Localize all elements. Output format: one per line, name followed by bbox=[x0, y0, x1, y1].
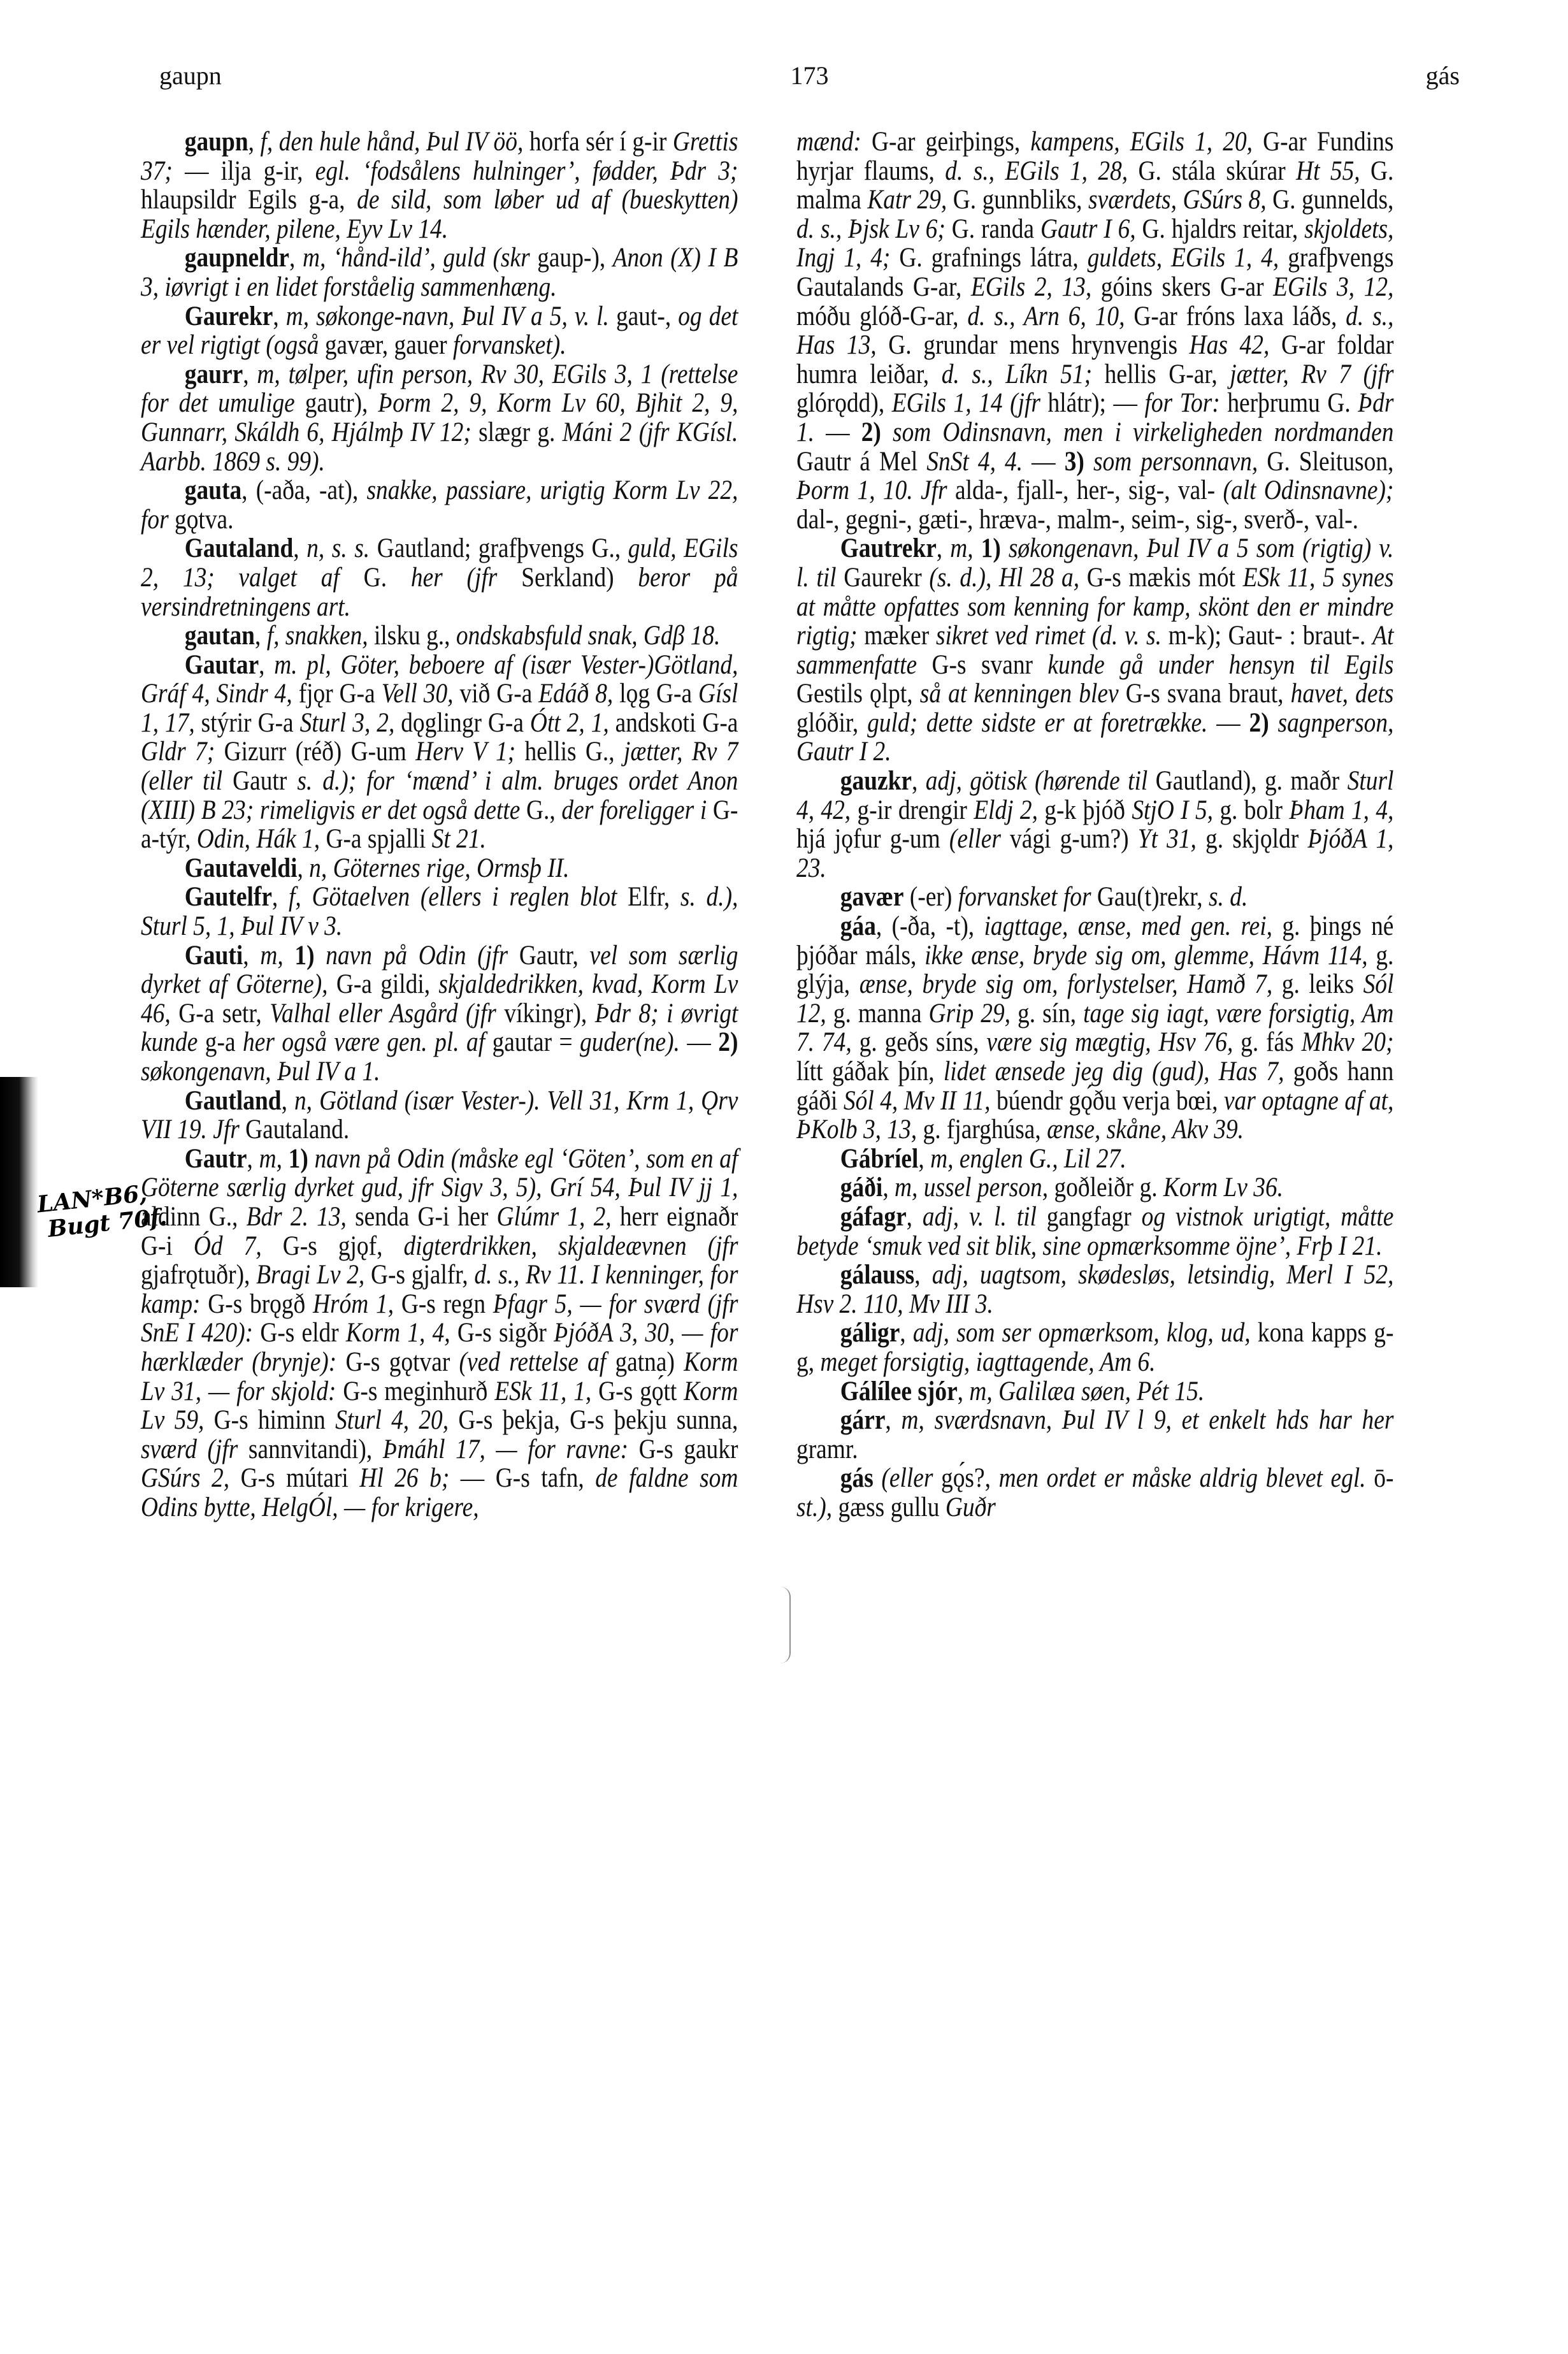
text-roman: G. hjaldrs reitar, bbox=[1136, 213, 1305, 244]
gloss-italic: forvansket). bbox=[453, 329, 566, 360]
text-roman: G. grundar mens hrynvengis bbox=[877, 329, 1190, 360]
text-roman: , bbox=[912, 765, 926, 796]
gloss-italic: her også være gen. pl. af bbox=[243, 1027, 485, 1057]
text-roman: gatna) bbox=[606, 1347, 684, 1377]
text-roman: sannvitandi), bbox=[238, 1434, 382, 1464]
text-roman: Gaurekr bbox=[837, 562, 930, 593]
dictionary-entry: Gautelfr, f, Götaelven (ellers i reglen … bbox=[141, 883, 738, 941]
gloss-italic: SnSt 4, 4. bbox=[926, 446, 1023, 477]
gloss-italic: m, søkonge-navn, Þul IV a 5, v. l. bbox=[286, 301, 609, 331]
text-roman: aldinn G., bbox=[141, 1201, 247, 1232]
text-roman: , bbox=[958, 1376, 970, 1406]
gloss-italic: n, Göternes rige, Ormsþ II. bbox=[309, 853, 569, 883]
gloss-italic: Hróm 1, bbox=[313, 1289, 394, 1319]
text-roman: alda-, fjall-, her-, sig-, val- bbox=[947, 475, 1223, 505]
gloss-italic: (ved rettelse af bbox=[459, 1347, 607, 1377]
gloss-italic: søkongenavn, Þul IV a 1. bbox=[141, 1056, 380, 1087]
text-roman: gramr. bbox=[796, 1434, 858, 1464]
gloss-italic: Guðr bbox=[946, 1492, 996, 1522]
headword: gáði bbox=[840, 1172, 883, 1202]
text-roman: G-s gǫtvar bbox=[336, 1347, 459, 1377]
text-roman: g-a bbox=[198, 1027, 243, 1057]
gloss-italic: Gldr 7; bbox=[141, 736, 215, 767]
text-roman: Gestils ǫlpt, bbox=[796, 678, 920, 709]
gloss-italic: d. s., Arn 6, 10, bbox=[967, 301, 1125, 331]
gloss-italic: Odin, Hák 1, bbox=[197, 823, 320, 854]
gloss-italic: Gautr I 6, bbox=[1040, 213, 1136, 244]
gloss-italic: (eller bbox=[881, 1462, 933, 1493]
gloss-italic: GSúrs 2, bbox=[141, 1462, 229, 1493]
headword: 3) bbox=[1065, 446, 1084, 477]
gloss-italic: Þorm 1, 10. Jfr bbox=[796, 475, 947, 505]
gloss-italic: sikret ved rimet (d. v. s. bbox=[936, 620, 1162, 651]
gloss-italic: Þmáhl 17, — for ravne: bbox=[383, 1434, 628, 1464]
gloss-italic: Ód 7, bbox=[194, 1231, 262, 1261]
gloss-italic: d. s., Þjsk Lv 6; bbox=[796, 213, 946, 244]
headword: gáfagr bbox=[840, 1201, 907, 1232]
dictionary-entry: gaupneldr, m, ‘hånd-ild’, guld (skr gaup… bbox=[141, 243, 738, 301]
headword: 1) bbox=[289, 1143, 308, 1174]
gloss-italic: Korm 1, 4, bbox=[346, 1317, 450, 1348]
dictionary-entry: Gálílee sjór, m, Galilæa søen, Pét 15. bbox=[796, 1377, 1393, 1406]
gloss-italic: Sturl 4, 20, bbox=[335, 1404, 449, 1435]
text-roman: G-s gǫ́tt bbox=[591, 1376, 684, 1406]
headword: Gautaland bbox=[185, 533, 293, 563]
gloss-italic: m, bbox=[259, 1143, 289, 1174]
gloss-italic: adj, v. l. til bbox=[923, 1201, 1037, 1232]
dictionary-entry: Gautaveldi, n, Göternes rige, Ormsþ II. bbox=[141, 854, 738, 883]
gloss-italic: m, bbox=[950, 533, 981, 563]
gloss-italic: guld; dette sidste er at foretrække. bbox=[867, 707, 1207, 738]
text-roman: G-s sigðr bbox=[450, 1317, 554, 1348]
text-roman: glórǫdd), bbox=[796, 387, 892, 418]
text-roman: G-s mækis mót bbox=[1079, 562, 1243, 593]
dictionary-entry: gáði, m, ussel person, goðleiðr g. Korm … bbox=[796, 1173, 1393, 1202]
text-roman: víkingr), bbox=[496, 998, 595, 1029]
gloss-italic: sværd (jfr bbox=[141, 1434, 238, 1464]
text-roman: G-s gjalfr, bbox=[364, 1259, 474, 1290]
gloss-italic: St 21. bbox=[432, 823, 486, 854]
gloss-italic: ESk 11, 1, bbox=[494, 1376, 591, 1406]
gloss-italic: Grip 29, bbox=[929, 998, 1011, 1029]
gloss-italic: Katr 29, bbox=[867, 184, 947, 215]
headword: Gautrekr bbox=[840, 533, 937, 563]
text-roman: góins skers G-ar bbox=[1091, 271, 1273, 302]
gloss-italic: så at kenningen blev bbox=[920, 678, 1119, 709]
text-roman: hlaupsildr Egils g-a, bbox=[141, 184, 357, 215]
gloss-italic: meget forsigtig, iagttagende, Am 6. bbox=[820, 1347, 1155, 1377]
dictionary-entry: Gautland, n, Götland (især Vester-). Vel… bbox=[141, 1087, 738, 1145]
gloss-italic: lidet ænsede jeg dig (gud), Has 7, bbox=[944, 1056, 1284, 1087]
text-roman: , bbox=[259, 649, 274, 680]
headword: Gálílee sjór bbox=[840, 1376, 958, 1406]
text-roman: , bbox=[248, 126, 261, 157]
text-roman: Serkland) bbox=[497, 562, 638, 593]
dictionary-entry: Gautrekr, m, 1) søkongenavn, Þul IV a 5 … bbox=[796, 534, 1393, 767]
gloss-italic: EGils 2, 13, bbox=[971, 271, 1091, 302]
gloss-italic: Valhal eller Asgård (jfr bbox=[270, 998, 496, 1029]
text-roman: G-s mútari bbox=[229, 1462, 359, 1493]
headword: gárr bbox=[840, 1404, 886, 1435]
gloss-italic: (alt Odinsnavne); bbox=[1223, 475, 1393, 505]
text-roman: lítt gáðak þín, bbox=[796, 1056, 944, 1087]
gloss-italic: iagttage, ænse, med gen. rei, bbox=[984, 911, 1272, 941]
gloss-italic: adj, som ser opmærksom, klog, ud, bbox=[913, 1317, 1251, 1348]
text-roman: , bbox=[293, 533, 306, 563]
headword: Gaurekr bbox=[185, 301, 273, 331]
text-roman bbox=[874, 1462, 882, 1493]
gloss-italic: m, englen G., Lil 27. bbox=[930, 1143, 1126, 1174]
gloss-italic: f, Götaelven (ellers i reglen blot bbox=[289, 881, 617, 912]
gloss-italic: Hl 26 b; bbox=[359, 1462, 449, 1493]
text-roman: g. fjarghúsa, bbox=[917, 1114, 1047, 1145]
text-roman: g. fás bbox=[1233, 1027, 1301, 1057]
gloss-italic: Has 42, bbox=[1190, 329, 1270, 360]
text-roman: , bbox=[243, 359, 257, 389]
text-roman: horfa sér í g-ir bbox=[523, 126, 673, 157]
text-roman: G-ar geirþings, bbox=[861, 126, 1031, 157]
headword: 2) bbox=[861, 417, 881, 447]
text-roman: gæss gullu bbox=[832, 1492, 946, 1522]
gloss-italic: EGils 3, 12, bbox=[1273, 271, 1393, 302]
text-roman: , bbox=[297, 853, 309, 883]
gloss-italic: ikke ænse, bryde sig om, glemme, Hávm 11… bbox=[924, 940, 1367, 971]
headword: gaurr bbox=[185, 359, 243, 389]
text-roman: — bbox=[1023, 446, 1065, 477]
dictionary-entry: Gautar, m. pl, Göter, beboere af (især V… bbox=[141, 651, 738, 854]
gloss-italic: adj, götisk (hørende til bbox=[926, 765, 1147, 796]
headword: 1) bbox=[981, 533, 1001, 563]
gloss-italic: men ordet er måske aldrig blevet egl. bbox=[999, 1462, 1366, 1493]
gloss-italic: ænse, skåne, Akv 39. bbox=[1047, 1114, 1244, 1145]
headword: Gautland bbox=[185, 1085, 282, 1116]
page-header: gaupn 173 gás bbox=[159, 61, 1460, 105]
gloss-italic: Bdr 2. 13, bbox=[247, 1201, 347, 1232]
dictionary-entry: gáligr, adj, som ser opmærksom, klog, ud… bbox=[796, 1318, 1393, 1376]
gloss-italic: som personnavn, bbox=[1084, 446, 1258, 477]
text-roman: G-a setr, bbox=[171, 998, 270, 1029]
gloss-italic: guldets, EGils 1, 4, bbox=[1088, 242, 1279, 273]
gloss-italic: Ótt 2, 1, bbox=[530, 707, 609, 738]
text-roman: gaup-), bbox=[530, 242, 613, 273]
gloss-italic: Vell 30, bbox=[382, 678, 454, 709]
text-roman: G-a gildi, bbox=[328, 969, 439, 999]
gloss-italic: navn på Odin (jfr bbox=[315, 940, 508, 971]
text-roman: Gautr, bbox=[508, 940, 589, 971]
text-roman: G. grafnings látra, bbox=[890, 242, 1087, 273]
text-roman: (-er) bbox=[904, 881, 958, 912]
gloss-italic: mænd: bbox=[796, 126, 861, 157]
gloss-italic: jætter, Rv 7 (jfr bbox=[1230, 359, 1393, 389]
text-roman: gǫ́s?, bbox=[933, 1462, 998, 1493]
dictionary-entry: Gauti, m, 1) navn på Odin (jfr Gautr, ve… bbox=[141, 941, 738, 1087]
dictionary-entry: gautan, f, snakken, ilsku g., ondskabsfu… bbox=[141, 621, 738, 651]
headword: Gautar bbox=[185, 649, 259, 680]
text-roman: gǫtva. bbox=[169, 504, 234, 535]
gloss-italic: m, ‘hånd-ild’, guld (skr bbox=[303, 242, 530, 273]
text-roman: gangfagr bbox=[1037, 1201, 1142, 1232]
text-roman: , bbox=[273, 301, 285, 331]
text-roman: m-k); Gaut- : braut-. bbox=[1162, 620, 1372, 651]
text-roman: , bbox=[272, 881, 289, 912]
text-roman: , bbox=[937, 533, 950, 563]
gloss-italic: f, snakken, bbox=[267, 620, 368, 651]
text-roman: g. bolr bbox=[1213, 795, 1289, 825]
headword: gáligr bbox=[840, 1317, 900, 1348]
text-roman: hlátr); — bbox=[1040, 387, 1145, 418]
headword: gavær bbox=[840, 881, 904, 912]
text-roman: G-ar fróns laxa láðs, bbox=[1125, 301, 1346, 331]
headword: gauta bbox=[185, 475, 241, 505]
dictionary-entry: gauta, (-aða, -at), snakke, passiare, ur… bbox=[141, 476, 738, 534]
text-roman: hellis G., bbox=[515, 736, 624, 767]
text-roman: móðu glóð-G-ar, bbox=[796, 301, 967, 331]
gloss-italic: egl. ‘fodsålens hulninger’, fødder, Þdr … bbox=[315, 155, 738, 186]
text-roman: , bbox=[907, 1201, 923, 1232]
text-roman: lǫg G-a bbox=[613, 678, 698, 709]
text-roman: G. gunnbliks, bbox=[947, 184, 1088, 215]
headword: 2) bbox=[1249, 707, 1269, 738]
text-roman: — bbox=[814, 417, 861, 447]
headword: 1) bbox=[294, 940, 314, 971]
gloss-italic: digterdrikken, skjaldeævnen (jfr bbox=[403, 1231, 738, 1261]
text-roman: — bbox=[680, 1027, 718, 1057]
text-roman: gjafrǫtuðr), bbox=[141, 1259, 256, 1290]
headword: 2) bbox=[718, 1027, 738, 1057]
left-column: gaupn, f, den hule hånd, Þul IV öö, horf… bbox=[141, 127, 738, 1522]
text-roman: Gautaland. bbox=[240, 1114, 349, 1145]
text-roman: G-s eldr bbox=[253, 1317, 346, 1348]
text-roman: G-s svana braut, bbox=[1119, 678, 1291, 709]
right-guideword: gás bbox=[1426, 61, 1460, 90]
text-roman: dal-, gegni-, gæti-, hræva-, malm-, seim… bbox=[796, 504, 1358, 535]
text-roman: G-s svanr bbox=[917, 649, 1047, 680]
headword: Gautr bbox=[185, 1143, 247, 1174]
entry-continuation: mænd: G-ar geirþings, kampens, EGils 1, … bbox=[796, 127, 1393, 534]
text-roman: hellis G-ar, bbox=[1092, 359, 1230, 389]
text-roman: , bbox=[289, 242, 303, 273]
text-roman: , bbox=[900, 1317, 913, 1348]
text-roman: dǫglingr G-a bbox=[394, 707, 530, 738]
headword: Gauti bbox=[185, 940, 243, 971]
text-roman: Gizurr (réð) G-um bbox=[215, 736, 415, 767]
text-roman: g-k þjóð bbox=[1038, 795, 1132, 825]
text-roman: ō bbox=[1366, 1462, 1386, 1493]
text-roman: andskoti G-a bbox=[609, 707, 738, 738]
gloss-italic: Yt 31, bbox=[1138, 823, 1197, 854]
text-roman: G. stála skúrar bbox=[1128, 155, 1296, 186]
gloss-italic: være sig mægtig, Hsv 76, bbox=[986, 1027, 1233, 1057]
text-roman: G-s meginhurð bbox=[336, 1376, 494, 1406]
gloss-italic: d. s., Líkn 51; bbox=[942, 359, 1092, 389]
text-roman: g. leiks bbox=[1272, 969, 1363, 999]
text-roman: senda G-i her bbox=[347, 1201, 497, 1232]
gloss-italic: s. d. bbox=[1209, 881, 1248, 912]
dictionary-entry: Gautaland, n, s. s. Gautland; grafþvengs… bbox=[141, 534, 738, 621]
text-roman: búendr gǫ́ðu verja bœi, bbox=[990, 1085, 1223, 1116]
text-roman: , bbox=[885, 1404, 901, 1435]
text-roman: G-s gaukr bbox=[628, 1434, 738, 1464]
gloss-italic: (s. d.), Hl 28 a, bbox=[929, 562, 1079, 593]
dictionary-entry: gauzkr, adj, götisk (hørende til Gautlan… bbox=[796, 767, 1393, 883]
dictionary-entry: gáa, (-ða, -t), iagttage, ænse, med gen.… bbox=[796, 912, 1393, 1145]
dictionary-entry: gálauss, adj, uagtsom, skødesløs, letsin… bbox=[796, 1260, 1393, 1318]
text-roman: gaut-, bbox=[609, 301, 678, 331]
text-roman: — ilja g-ir, bbox=[173, 155, 315, 186]
headword: Gautaveldi bbox=[185, 853, 298, 883]
text-roman: G-s regn bbox=[394, 1289, 493, 1319]
dictionary-entry: gáfagr, adj, v. l. til gangfagr og vistn… bbox=[796, 1202, 1393, 1260]
text-roman: , bbox=[243, 940, 260, 971]
text-roman: , bbox=[882, 1172, 895, 1202]
page-number: 173 bbox=[159, 61, 1460, 90]
gloss-italic: StjO I 5, bbox=[1132, 795, 1213, 825]
text-roman: G-s þekja, G-s þekju sunna, bbox=[449, 1404, 738, 1435]
gloss-italic: Korm Lv 36. bbox=[1163, 1172, 1283, 1202]
text-roman: , bbox=[914, 1259, 931, 1290]
text-roman: gautar = bbox=[485, 1027, 580, 1057]
gloss-italic: Þham 1, 4, bbox=[1289, 795, 1393, 825]
gloss-italic: Herv V 1; bbox=[415, 736, 515, 767]
text-roman: , bbox=[918, 1143, 930, 1174]
headword: gauzkr bbox=[840, 765, 912, 796]
gloss-italic: havet, dets bbox=[1291, 678, 1394, 709]
text-roman: herþrumu G. bbox=[1220, 387, 1358, 418]
text-roman: Elfr, bbox=[617, 881, 680, 912]
text-roman: , (-aða, -at), bbox=[241, 475, 366, 505]
text-roman: , (-ða, -t), bbox=[876, 911, 984, 941]
gloss-italic: Sól 4, Mv II 11, bbox=[844, 1085, 991, 1116]
text-roman: — G-s tafn, bbox=[449, 1462, 595, 1493]
dictionary-entry: gárr, m, sværdsnavn, Þul IV l 9, et enke… bbox=[796, 1406, 1393, 1464]
text-roman: hjá jǫfur g-um bbox=[796, 823, 949, 854]
text-roman: stýrir G-a bbox=[195, 707, 300, 738]
pencil-brace-mark bbox=[780, 1587, 791, 1663]
text-roman: g. skjǫldr bbox=[1197, 823, 1307, 854]
text-roman: , bbox=[282, 1085, 294, 1116]
gloss-italic: ænse, bryde sig om, forlystelser, Hamð 7… bbox=[860, 969, 1272, 999]
dictionary-entry: Gaurekr, m, søkonge-navn, Þul IV a 5, v.… bbox=[141, 302, 738, 360]
text-roman: mæker bbox=[858, 620, 936, 651]
gloss-italic: som Odinsnavn, men i virkeligheden nordm… bbox=[881, 417, 1394, 447]
gloss-italic: Mhkv 20; bbox=[1302, 1027, 1394, 1057]
text-roman: g. manna bbox=[826, 998, 929, 1029]
headword: gaupn bbox=[185, 126, 248, 157]
gloss-italic: der foreligger i bbox=[561, 795, 707, 825]
text-roman: goðleiðr g. bbox=[1048, 1172, 1163, 1202]
gloss-italic: ondskabsfuld snak, Gdβ 18. bbox=[456, 620, 721, 651]
text-roman: G. Sleituson, bbox=[1258, 446, 1393, 477]
scan-binding-shadow bbox=[0, 1077, 38, 1287]
text-roman: gautr), bbox=[295, 387, 378, 418]
text-roman: vági g-um?) bbox=[1001, 823, 1138, 854]
text-roman: , bbox=[255, 620, 267, 651]
headword: Gautelfr bbox=[185, 881, 272, 912]
text-roman: ilsku g., bbox=[368, 620, 456, 651]
dictionary-entry: gaurr, m, tølper, ufin person, Rv 30, EG… bbox=[141, 360, 738, 476]
gloss-italic: kunde gå under hensyn til Egils bbox=[1047, 649, 1393, 680]
text-roman: Gautland), g. maðr bbox=[1147, 765, 1347, 796]
text-roman: G-s brǫgð bbox=[200, 1289, 313, 1319]
text-roman: G. gunnelds, bbox=[1267, 184, 1394, 215]
text-roman: G. bbox=[340, 562, 411, 593]
text-roman: G. randa bbox=[946, 213, 1040, 244]
gloss-italic: her (jfr bbox=[411, 562, 497, 593]
gloss-italic: Edáð 8, bbox=[538, 678, 613, 709]
gloss-italic: m, Galilæa søen, Pét 15. bbox=[969, 1376, 1204, 1406]
dictionary-entry: gavær (-er) forvansket for Gau(t)rekr, s… bbox=[796, 883, 1393, 912]
gloss-italic: m, bbox=[260, 940, 294, 971]
text-roman: G-s gjǫf, bbox=[262, 1231, 404, 1261]
text-roman: g. sín, bbox=[1011, 998, 1083, 1029]
gloss-italic: Eldj 2, bbox=[974, 795, 1038, 825]
headword: gás bbox=[840, 1462, 874, 1493]
headword: gáa bbox=[840, 911, 876, 941]
dictionary-entry: Gautr, m, 1) navn på Odin (måske egl ‘Gö… bbox=[141, 1145, 738, 1522]
text-roman: g. geðs síns, bbox=[852, 1027, 987, 1057]
dictionary-entry: Gábríel, m, englen G., Lil 27. bbox=[796, 1145, 1393, 1174]
text-roman: gavær, gauer bbox=[319, 329, 453, 360]
text-roman: slægr g. bbox=[471, 417, 563, 447]
gloss-italic: d. s., EGils 1, 28, bbox=[945, 155, 1128, 186]
text-roman: Gau(t)rekr, bbox=[1091, 881, 1209, 912]
gloss-italic: Ht 55, bbox=[1296, 155, 1360, 186]
text-roman: G., bbox=[520, 795, 561, 825]
gloss-italic: guder(ne). bbox=[580, 1027, 680, 1057]
text-roman: Gautland; grafþvengs G., bbox=[370, 533, 628, 563]
text-roman: við G-a bbox=[454, 678, 539, 709]
headword: gaupneldr bbox=[185, 242, 289, 273]
text-roman: glóðir, bbox=[796, 707, 867, 738]
headword: gautan bbox=[185, 620, 255, 651]
gloss-italic: forvansket for bbox=[958, 881, 1091, 912]
text-roman: Gautr bbox=[222, 765, 297, 796]
text-roman: G-a spjalli bbox=[320, 823, 432, 854]
gloss-italic: Glúmr 1, 2, bbox=[496, 1201, 611, 1232]
gloss-italic: (eller bbox=[949, 823, 1001, 854]
gloss-italic: kampens, EGils 1, 20, bbox=[1030, 126, 1253, 157]
dictionary-entry: gás (eller gǫ́s?, men ordet er måske ald… bbox=[796, 1464, 1393, 1522]
text-roman: G-s himinn bbox=[204, 1404, 335, 1435]
gloss-italic: n, s. s. bbox=[306, 533, 370, 563]
gloss-italic: Sturl 3, 2, bbox=[300, 707, 395, 738]
text-roman: , bbox=[247, 1143, 259, 1174]
gloss-italic: f, den hule hånd, Þul IV öö, bbox=[261, 126, 524, 157]
text-roman: Gautr á Mel bbox=[796, 446, 926, 477]
gloss-italic: m, sværdsnavn, Þul IV l 9, et enkelt hds… bbox=[901, 1404, 1393, 1435]
headword: Gábríel bbox=[840, 1143, 919, 1174]
dictionary-entry: gaupn, f, den hule hånd, Þul IV öö, horf… bbox=[141, 127, 738, 243]
gloss-italic: EGils 1, 14 (jfr bbox=[892, 387, 1040, 418]
text-roman: g-ir drengir bbox=[851, 795, 974, 825]
right-column: mænd: G-ar geirþings, kampens, EGils 1, … bbox=[796, 127, 1393, 1522]
gloss-italic: sværdets, GSúrs 8, bbox=[1088, 184, 1267, 215]
text-roman: — bbox=[1207, 707, 1249, 738]
gloss-italic: m, ussel person, bbox=[895, 1172, 1048, 1202]
gloss-italic: Bragi Lv 2, bbox=[256, 1259, 364, 1290]
gloss-italic: for Tor: bbox=[1144, 387, 1219, 418]
text-roman: fjǫr G-a bbox=[292, 678, 382, 709]
headword: gálauss bbox=[840, 1259, 914, 1290]
